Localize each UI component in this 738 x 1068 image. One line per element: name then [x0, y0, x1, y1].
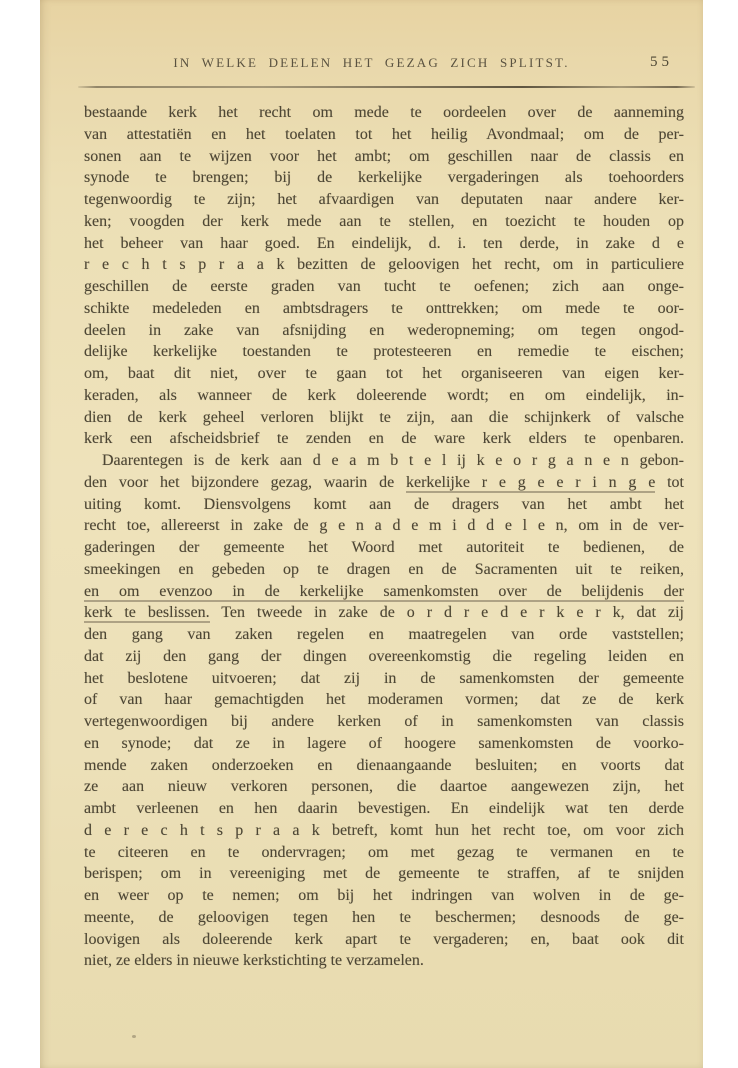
text-line: ze aan nieuw verkoren personen, die daar…: [84, 776, 684, 798]
text-line: kerk te beslissen. Ten tweede in zake de…: [84, 602, 684, 624]
text-line: niet, ze elders in nieuwe kerkstichting …: [84, 950, 684, 972]
text-line: den gang van zaken regelen en maatregele…: [84, 624, 684, 646]
text-line: sonen aan te wijzen voor het ambt; om ge…: [84, 146, 684, 168]
running-title: IN WELKE DEELEN HET GEZAG ZICH SPLITST.: [173, 55, 569, 70]
text-line: om, baat dit niet, over te gaan tot het …: [84, 363, 684, 385]
text-line: ken; voogden der kerk mede aan te stelle…: [84, 211, 684, 233]
text-line: berispen; om in vereeniging met de gemee…: [84, 863, 684, 885]
text-line: recht toe, allereerst in zake de g e n a…: [84, 515, 684, 537]
text-line: d e r e c h t s p r a a k betreft, komt …: [84, 820, 684, 842]
ink-speck: [132, 1035, 136, 1038]
text-line: meente, de geloovigen tegen hen te besch…: [84, 907, 684, 929]
pencil-underline-annotation: kerkelijke r e g e e r i n g e: [406, 474, 655, 493]
text-line: r e c h t s p r a a k bezitten de geloov…: [84, 254, 684, 276]
text-line: smeekingen en gebeden op te dragen en de…: [84, 559, 684, 581]
text-line: het beslotene uitvoeren; dat zij in de s…: [84, 668, 684, 690]
text-line: dien de kerk geheel verloren blijkt te z…: [84, 407, 684, 429]
page-number: 55: [650, 54, 673, 71]
text-line: geschillen de eerste graden van tucht te…: [84, 276, 684, 298]
text-line: het beheer van haar goed. En eindelijk, …: [84, 233, 684, 255]
text-line: van attestatiën en het toelaten tot het …: [84, 124, 684, 146]
text-line: te citeeren en te ondervragen; om met ge…: [84, 842, 684, 864]
text-line: uiting komt. Diensvolgens komt aan de dr…: [84, 494, 684, 516]
text-line: den voor het bijzondere gezag, waarin de…: [84, 472, 684, 494]
running-header: IN WELKE DEELEN HET GEZAG ZICH SPLITST. …: [40, 54, 703, 72]
text-line: en om evenzoo in de kerkelijke samenkoms…: [84, 581, 684, 603]
text-line: gaderingen der gemeente het Woord met au…: [84, 537, 684, 559]
text-line: of van haar gemachtigden het moderamen v…: [84, 689, 684, 711]
text-line: bestaande kerk het recht om mede te oord…: [84, 102, 684, 124]
text-block: bestaande kerk het recht om mede te oord…: [84, 102, 684, 972]
text-line: tegenwoordig te zijn; het afvaardigen va…: [84, 189, 684, 211]
text-line: Daarentegen is de kerk aan d e a m b t e…: [84, 450, 684, 472]
text-line: en weer op te nemen; om bij het indringe…: [84, 885, 684, 907]
text-line: dat zij den gang der dingen overeenkomst…: [84, 646, 684, 668]
scan-background: IN WELKE DEELEN HET GEZAG ZICH SPLITST. …: [0, 0, 738, 1068]
text-line: ambt verleenen en hen daarin bevestigen.…: [84, 798, 684, 820]
text-line: keraden, als wanneer de kerk doleerende …: [84, 385, 684, 407]
text-line: delijke kerkelijke toestanden te protest…: [84, 341, 684, 363]
header-rule: [78, 86, 695, 88]
pencil-underline-annotation: en om evenzoo in de kerkelijke samenkoms…: [84, 583, 684, 602]
text-line: vertegenwoordigen bij andere kerken of i…: [84, 711, 684, 733]
text-line: loovigen als doleerende kerk apart te ve…: [84, 929, 684, 951]
text-line: synode te brengen; bij de kerkelijke ver…: [84, 167, 684, 189]
book-page: IN WELKE DEELEN HET GEZAG ZICH SPLITST. …: [40, 0, 703, 1068]
text-line: kerk een afscheidsbrief te zenden en de …: [84, 428, 684, 450]
text-line: schikte medeleden en ambtsdragers te ont…: [84, 298, 684, 320]
pencil-underline-annotation: kerk te beslissen.: [84, 604, 210, 623]
text-line: deelen in zake van afsnijding en wederop…: [84, 320, 684, 342]
text-line: en synode; dat ze in lagere of hoogere s…: [84, 733, 684, 755]
text-line: mende zaken onderzoeken en dienaangaande…: [84, 755, 684, 777]
